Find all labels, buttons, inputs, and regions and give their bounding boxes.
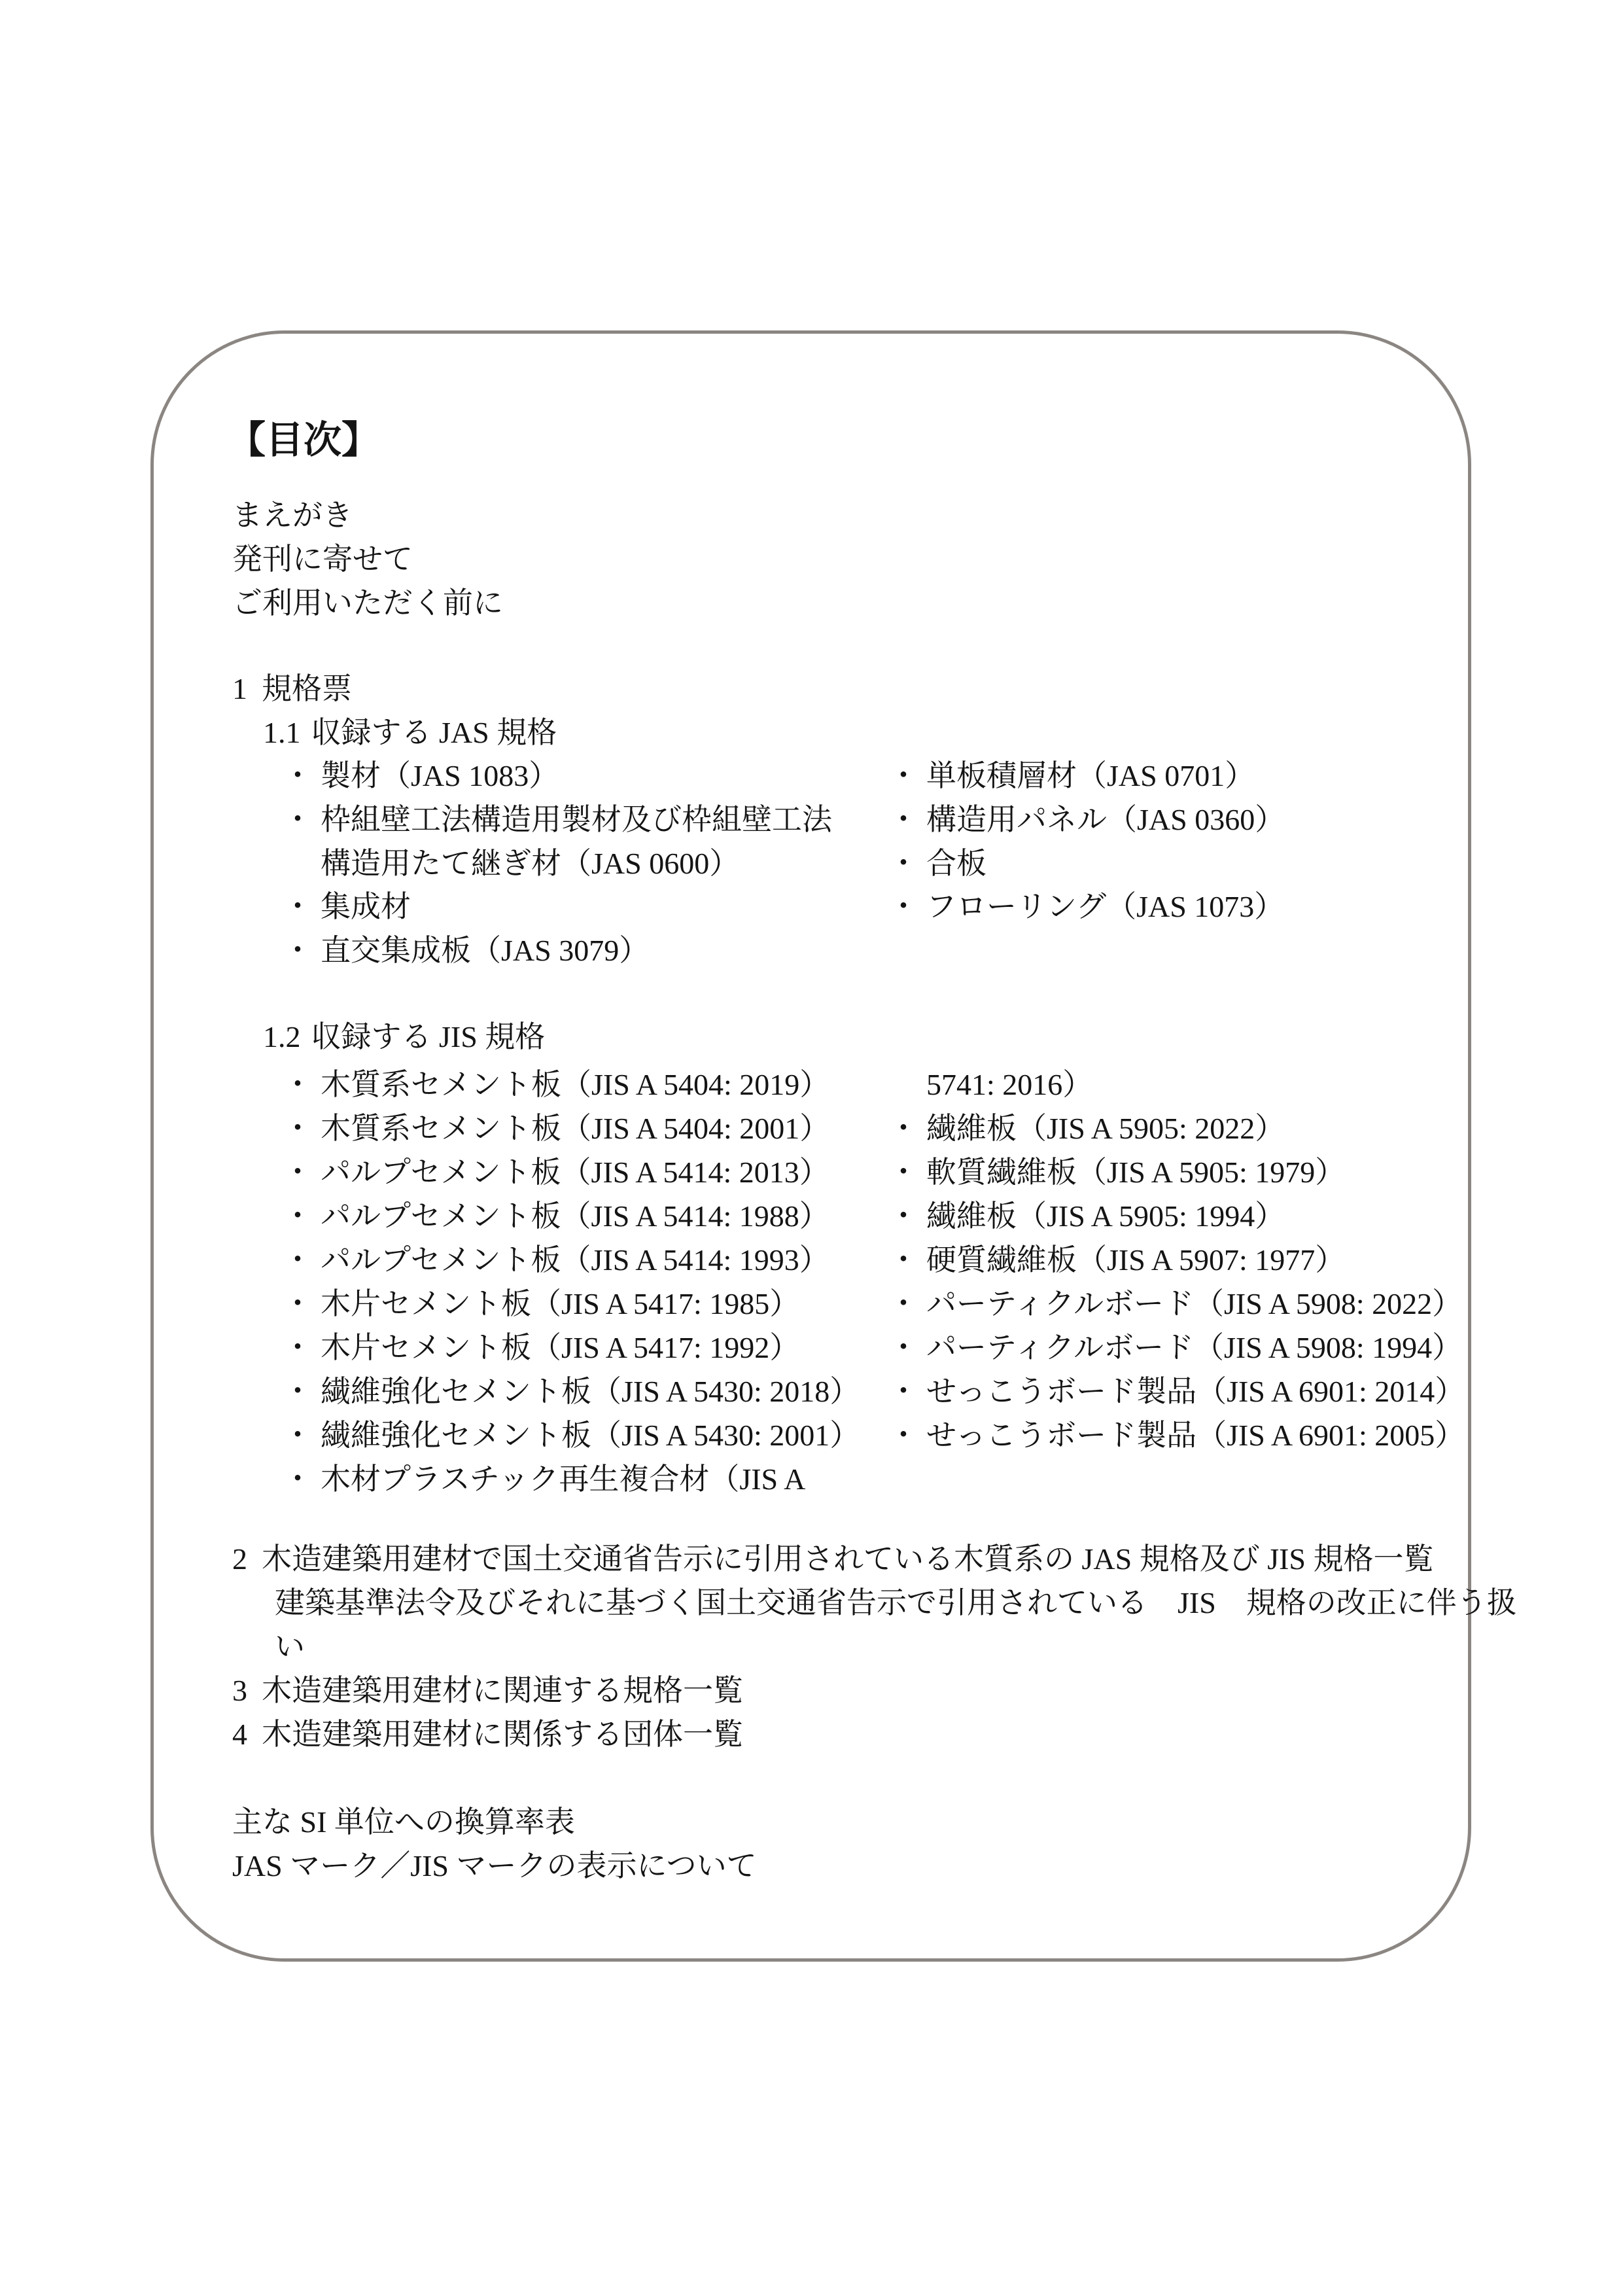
back-matter-line: 主な SI 単位への換算率表 bbox=[232, 1800, 575, 1844]
bullet-icon: ・ bbox=[888, 885, 926, 928]
toc-item-label: 木質系セメント板（JIS A 5404: 2001） bbox=[321, 1112, 829, 1145]
subsection-title: 収録する JIS 規格 bbox=[311, 1020, 546, 1053]
toc-item-label: パーティクルボード（JIS A 5908: 2022） bbox=[926, 1287, 1462, 1320]
bullet-icon: ・ bbox=[888, 1369, 926, 1413]
bullet-icon: ・ bbox=[888, 754, 926, 798]
toc-item-label: 集成材 bbox=[321, 890, 411, 923]
toc-item: ・繊維板（JIS A 5905: 1994） bbox=[888, 1194, 1285, 1238]
toc-item: ・繊維強化セメント板（JIS A 5430: 2001） bbox=[283, 1413, 860, 1457]
section-title: 規格票 bbox=[262, 672, 352, 705]
toc-item: ・パルプセメント板（JIS A 5414: 2013） bbox=[283, 1150, 829, 1194]
section4-heading: 4木造建築用建材に関係する団体一覧 bbox=[232, 1712, 743, 1756]
bullet-icon: ・ bbox=[283, 1063, 321, 1106]
bullet-icon: ・ bbox=[283, 1150, 321, 1194]
toc-item-label: 繊維強化セメント板（JIS A 5430: 2001） bbox=[321, 1419, 860, 1452]
toc-item: ・枠組壁工法構造用製材及び枠組壁工法 bbox=[283, 798, 832, 841]
front-matter-line: まえがき bbox=[232, 493, 353, 537]
front-matter-line: ご利用いただく前に bbox=[232, 581, 503, 625]
bullet-icon: ・ bbox=[283, 798, 321, 841]
toc-item: ・パーティクルボード（JIS A 5908: 1994） bbox=[888, 1326, 1462, 1369]
toc-item: ・パルプセメント板（JIS A 5414: 1993） bbox=[283, 1238, 829, 1282]
section-title: 木造建築用建材で国土交通省告示に引用されている木質系の JAS 規格及び JIS… bbox=[262, 1542, 1434, 1576]
subsection-12-heading: 1.2収録する JIS 規格 bbox=[263, 1015, 545, 1059]
bullet-icon: ・ bbox=[283, 1238, 321, 1282]
toc-item-label: 軟質繊維板（JIS A 5905: 1979） bbox=[926, 1156, 1345, 1189]
toc-item-label: 繊維強化セメント板（JIS A 5430: 2018） bbox=[321, 1375, 860, 1408]
toc-item: ・せっこうボード製品（JIS A 6901: 2005） bbox=[888, 1413, 1465, 1457]
toc-item-label: 直交集成板（JAS 3079） bbox=[321, 934, 649, 967]
toc-title: 【目次】 bbox=[228, 416, 379, 465]
toc-item: ・製材（JAS 1083） bbox=[283, 754, 559, 798]
bullet-icon: ・ bbox=[888, 1413, 926, 1457]
toc-item: ・硬質繊維板（JIS A 5907: 1977） bbox=[888, 1238, 1345, 1282]
toc-item: ・繊維板（JIS A 5905: 2022） bbox=[888, 1106, 1285, 1150]
toc-item-label: せっこうボード製品（JIS A 6901: 2014） bbox=[926, 1375, 1465, 1408]
toc-item-label: 木質系セメント板（JIS A 5404: 2019） bbox=[321, 1068, 829, 1101]
bullet-icon: ・ bbox=[283, 1106, 321, 1150]
bullet-icon: ・ bbox=[283, 1326, 321, 1369]
toc-item-label: 合板 bbox=[926, 847, 986, 880]
toc-item: ・パーティクルボード（JIS A 5908: 2022） bbox=[888, 1282, 1462, 1326]
toc-item-label: 製材（JAS 1083） bbox=[321, 759, 559, 792]
toc-item-label: せっこうボード製品（JIS A 6901: 2005） bbox=[926, 1419, 1465, 1452]
toc-item: ・軟質繊維板（JIS A 5905: 1979） bbox=[888, 1150, 1345, 1194]
toc-item: ・フローリング（JAS 1073） bbox=[888, 885, 1284, 928]
bullet-icon: ・ bbox=[888, 841, 926, 885]
subsection-number: 1.1 bbox=[263, 711, 301, 754]
bullet-icon: ・ bbox=[888, 1326, 926, 1369]
section1-heading: 1規格票 bbox=[232, 667, 352, 711]
bullet-icon: ・ bbox=[888, 1282, 926, 1326]
toc-item-label: 繊維板（JIS A 5905: 2022） bbox=[926, 1112, 1285, 1145]
toc-item-label: フローリング（JAS 1073） bbox=[926, 890, 1284, 923]
toc-item-label: パルプセメント板（JIS A 5414: 2013） bbox=[321, 1156, 829, 1189]
toc-item: ・木片セメント板（JIS A 5417: 1985） bbox=[283, 1282, 799, 1326]
bullet-icon: ・ bbox=[888, 1150, 926, 1194]
bullet-icon: ・ bbox=[283, 754, 321, 798]
toc-item: ・木材プラスチック再生複合材（JIS A bbox=[283, 1457, 805, 1501]
toc-item: ・木片セメント板（JIS A 5417: 1992） bbox=[283, 1326, 799, 1369]
section-number: 3 bbox=[232, 1669, 262, 1712]
bullet-icon: ・ bbox=[283, 1413, 321, 1457]
section-number: 1 bbox=[232, 667, 262, 711]
toc-item-label: 硬質繊維板（JIS A 5907: 1977） bbox=[926, 1243, 1345, 1277]
toc-item: ・パルプセメント板（JIS A 5414: 1988） bbox=[283, 1194, 829, 1238]
subsection-11-heading: 1.1収録する JAS 規格 bbox=[263, 711, 557, 754]
toc-item-label: 構造用パネル（JAS 0360） bbox=[926, 803, 1285, 836]
bullet-icon: ・ bbox=[888, 1106, 926, 1150]
back-matter-line: JAS マーク／JIS マークの表示について bbox=[232, 1844, 757, 1888]
toc-item: ・単板積層材（JAS 0701） bbox=[888, 754, 1255, 798]
section2-wrap-line: い bbox=[275, 1625, 305, 1669]
bullet-icon: ・ bbox=[283, 1369, 321, 1413]
toc-item-label: 木片セメント板（JIS A 5417: 1985） bbox=[321, 1287, 799, 1320]
section-title: 木造建築用建材に関係する団体一覧 bbox=[262, 1718, 743, 1751]
toc-item-label: パーティクルボード（JIS A 5908: 1994） bbox=[926, 1331, 1462, 1364]
subsection-number: 1.2 bbox=[263, 1015, 301, 1059]
bullet-icon: ・ bbox=[283, 1457, 321, 1501]
bullet-icon: ・ bbox=[888, 1194, 926, 1238]
toc-item: ・繊維強化セメント板（JIS A 5430: 2018） bbox=[283, 1369, 860, 1413]
bullet-icon: ・ bbox=[283, 928, 321, 972]
front-matter-line: 発刊に寄せて bbox=[232, 537, 413, 581]
bullet-icon: ・ bbox=[283, 1194, 321, 1238]
toc-item-label: 単板積層材（JAS 0701） bbox=[926, 759, 1255, 792]
toc-item-continuation: 構造用たて継ぎ材（JAS 0600） bbox=[321, 841, 739, 885]
section-number: 2 bbox=[232, 1537, 262, 1581]
toc-item-label: パルプセメント板（JIS A 5414: 1993） bbox=[321, 1243, 829, 1277]
toc-item-label: 木材プラスチック再生複合材（JIS A bbox=[321, 1462, 805, 1496]
bullet-icon: ・ bbox=[888, 798, 926, 841]
document-page: 【目次】 まえがき 発刊に寄せて ご利用いただく前に 1規格票 1.1収録する … bbox=[0, 0, 1623, 2296]
toc-item: ・合板 bbox=[888, 841, 986, 885]
toc-item: ・せっこうボード製品（JIS A 6901: 2014） bbox=[888, 1369, 1465, 1413]
toc-item: ・木質系セメント板（JIS A 5404: 2019） bbox=[283, 1063, 829, 1106]
toc-item-label: 木片セメント板（JIS A 5417: 1992） bbox=[321, 1331, 799, 1364]
section-title: 木造建築用建材に関連する規格一覧 bbox=[262, 1674, 743, 1707]
toc-item-label: パルプセメント板（JIS A 5414: 1988） bbox=[321, 1199, 829, 1233]
section3-heading: 3木造建築用建材に関連する規格一覧 bbox=[232, 1669, 743, 1712]
subsection-title: 収録する JAS 規格 bbox=[311, 716, 557, 749]
section2-wrap-line: 建築基準法令及びそれに基づく国土交通省告示で引用されている JIS 規格の改正に… bbox=[275, 1581, 1517, 1625]
toc-item-continuation: 5741: 2016） bbox=[926, 1063, 1092, 1106]
toc-item: ・集成材 bbox=[283, 885, 411, 928]
toc-item: ・構造用パネル（JAS 0360） bbox=[888, 798, 1285, 841]
section-number: 4 bbox=[232, 1712, 262, 1756]
toc-item-label: 枠組壁工法構造用製材及び枠組壁工法 bbox=[321, 803, 832, 836]
toc-item: ・直交集成板（JAS 3079） bbox=[283, 928, 649, 972]
bullet-icon: ・ bbox=[283, 885, 321, 928]
bullet-icon: ・ bbox=[283, 1282, 321, 1326]
toc-item-label: 繊維板（JIS A 5905: 1994） bbox=[926, 1199, 1285, 1233]
bullet-icon: ・ bbox=[888, 1238, 926, 1282]
toc-item: ・木質系セメント板（JIS A 5404: 2001） bbox=[283, 1106, 829, 1150]
section2-heading: 2木造建築用建材で国土交通省告示に引用されている木質系の JAS 規格及び JI… bbox=[232, 1537, 1434, 1581]
